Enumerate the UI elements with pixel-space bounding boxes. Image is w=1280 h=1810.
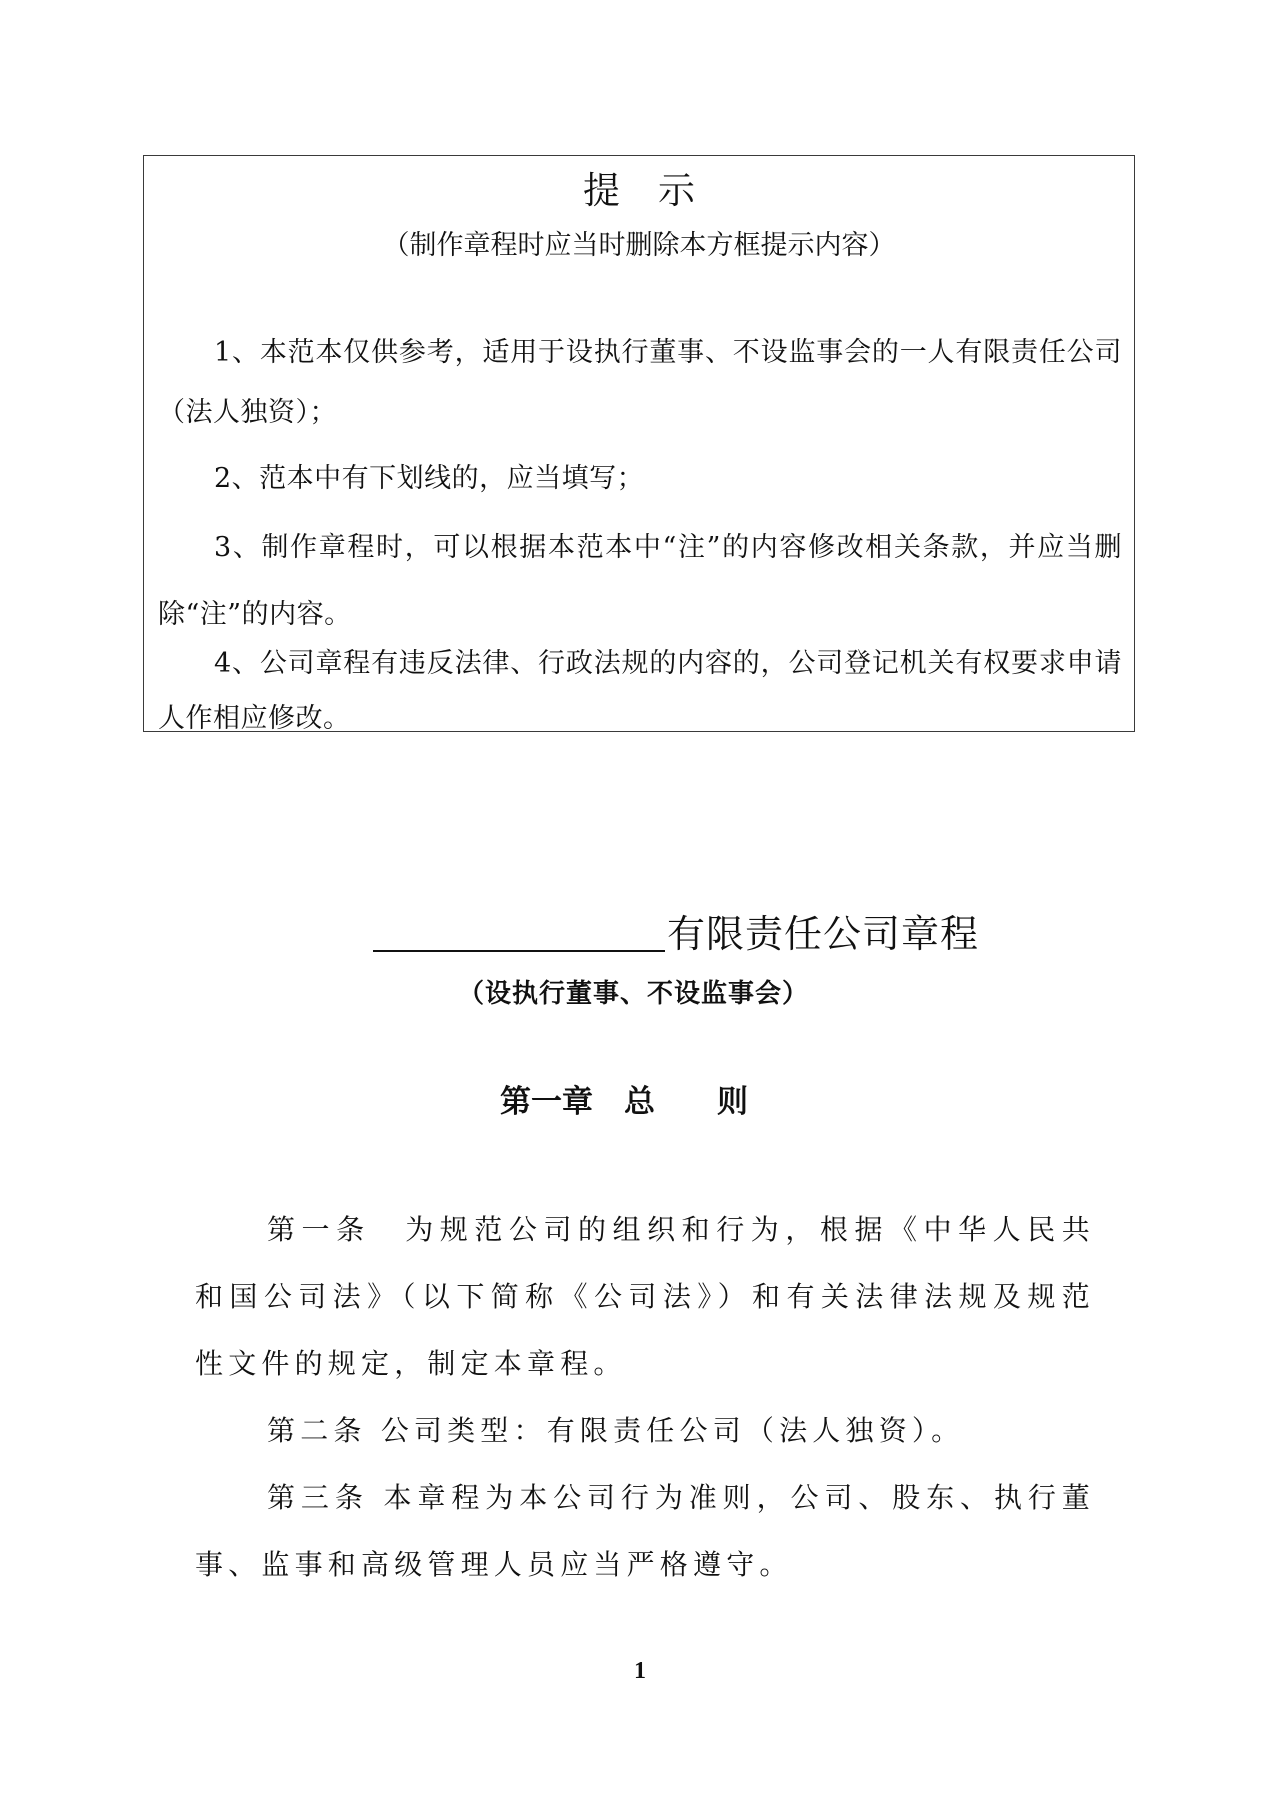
article-3: 第三条 本章程为本公司行为准则，公司、股东、执行董事、监事和高级管理人员应当严格… bbox=[195, 1464, 1095, 1598]
hint-item-4: 4、公司章程有违反法律、行政法规的内容的，公司登记机关有权要求申请人作相应修改。 bbox=[158, 636, 1122, 746]
hint-item-1: 1、本范本仅供参考，适用于设执行董事、不设监事会的一人有限责任公司（法人独资）； bbox=[158, 323, 1122, 443]
document-page: 提示 （制作章程时应当时删除本方框提示内容） 1、本范本仅供参考，适用于设执行董… bbox=[0, 0, 1280, 1810]
company-name-blank[interactable] bbox=[373, 950, 665, 952]
page-number: 1 bbox=[0, 1656, 1280, 1686]
hint-box: 提示 （制作章程时应当时删除本方框提示内容） 1、本范本仅供参考，适用于设执行董… bbox=[143, 155, 1135, 732]
chapter-heading: 第一章 总 则 bbox=[500, 1082, 748, 1122]
hint-subtitle: （制作章程时应当时删除本方框提示内容） bbox=[144, 228, 1134, 264]
document-title: 有限责任公司章程 bbox=[373, 906, 979, 958]
article-2: 第二条 公司类型：有限责任公司（法人独资）。 bbox=[195, 1397, 1095, 1464]
hint-title: 提示 bbox=[144, 166, 1134, 216]
hint-item-2: 2、范本中有下划线的，应当填写； bbox=[158, 449, 1122, 509]
document-title-text: 有限责任公司章程 bbox=[667, 910, 979, 958]
hint-item-3: 3、制作章程时，可以根据本范本中“注”的内容修改相关条款，并应当删除“注”的内容… bbox=[158, 514, 1122, 648]
document-subtitle: （设执行董事、不设监事会） bbox=[458, 976, 809, 1012]
article-1: 第一条 为规范公司的组织和行为，根据《中华人民共和国公司法》（以下简称《公司法》… bbox=[195, 1196, 1095, 1397]
